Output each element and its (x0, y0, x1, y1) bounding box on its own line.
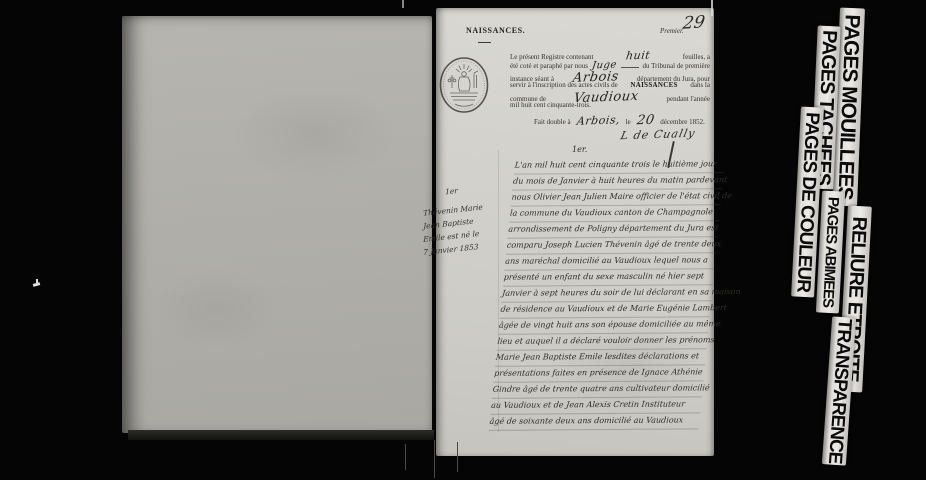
photo-artifact (36, 279, 38, 285)
tab-label: PAGES ABIMEES (816, 190, 845, 313)
act-line: de résidence au Vaudioux et de Marie Eug… (500, 301, 712, 318)
title-underline (478, 42, 491, 43)
act-number: 1er. (572, 145, 587, 154)
act-line: âgé de soixante deux ans domicilié au Va… (489, 413, 701, 430)
act-line: ans maréchal domicilié au Vaudioux leque… (504, 253, 716, 270)
folio-number: 29 (681, 12, 706, 33)
act-line: nous Olivier Jean Julien Maire officier … (511, 189, 723, 206)
tab-label: TRANSPARENCE (822, 316, 856, 465)
act-line: comparu Joseph Lucien Thévenin âgé de tr… (506, 237, 718, 254)
act-line: présenté un enfant du sexe masculin né h… (503, 269, 715, 286)
act-line: Marie Jean Baptiste Emile lesdites décla… (495, 349, 707, 366)
act-line: Gindre âgé de trente quatre ans cultivat… (492, 381, 704, 398)
printed-text: le (626, 118, 631, 126)
printed-text: mil huit cent cinquante-trois. (510, 101, 591, 109)
certificate-line-6: mil huit cent cinquante-trois. (510, 101, 710, 113)
printed-text: servir à l'inscription des actes civils … (510, 81, 618, 89)
printed-text: Fait double à (534, 118, 571, 126)
margin-annotation: 1er Thévenin Marie Jean Baptiste Emile e… (423, 180, 495, 259)
printed-text: dans la (690, 81, 710, 89)
tribunal-seal-stamp (438, 55, 490, 115)
act-line: lieu et auquel il a déclaré vouloir donn… (497, 333, 709, 350)
page-edge-highlight (402, 0, 404, 8)
handwritten-place: Arbois, (576, 113, 621, 127)
under-page-edge (434, 440, 435, 478)
judge-signature: L de Cually (619, 127, 697, 143)
act-line: présentations faites en présence de Igna… (493, 365, 705, 382)
act-line: arrondissement de Poligny département du… (507, 221, 719, 238)
under-page-edge (457, 442, 458, 472)
series-label: Premier. (660, 27, 684, 35)
condition-tab-pages-abimees: PAGES ABIMEES (816, 190, 845, 313)
printed-text: décembre 1852. (660, 118, 705, 126)
printed-text: du Tribunal de première (643, 62, 710, 70)
under-page-edge (405, 444, 406, 470)
act-line: âgée de vingt huit ans son épouse domici… (498, 317, 710, 334)
act-line: L'an mil huit cent cinquante trois le hu… (514, 157, 726, 174)
fill-in-rule (621, 61, 639, 68)
act-line: du mois de Janvier à huit heures du mati… (512, 173, 724, 190)
act-body-handwriting: L'an mil huit cent cinquante trois le hu… (489, 157, 726, 431)
printed-naissances-word: NAISSANCES (630, 81, 677, 89)
book-edge-shadow (128, 430, 434, 440)
certificate-date-line: Fait double à Arbois, le 20 décembre 185… (534, 113, 709, 125)
register-left-page (122, 16, 432, 433)
condition-tab-transparence: TRANSPARENCE (822, 316, 856, 465)
page-title: NAISSANCES. (466, 26, 525, 35)
handwritten-day: 20 (636, 113, 656, 129)
archive-scan-viewport: { "scan": { "right_page": { "header_titl… (0, 0, 926, 480)
printed-text: été coté et paraphé par nous (510, 62, 588, 70)
act-line: au Vaudioux et de Jean Alexis Cretin Ins… (490, 397, 702, 414)
page-edge-highlight (711, 0, 713, 16)
act-line: la commune du Vaudioux canton de Champag… (509, 205, 721, 222)
act-line: Janvier à sept heures du soir de lui déc… (501, 285, 713, 302)
